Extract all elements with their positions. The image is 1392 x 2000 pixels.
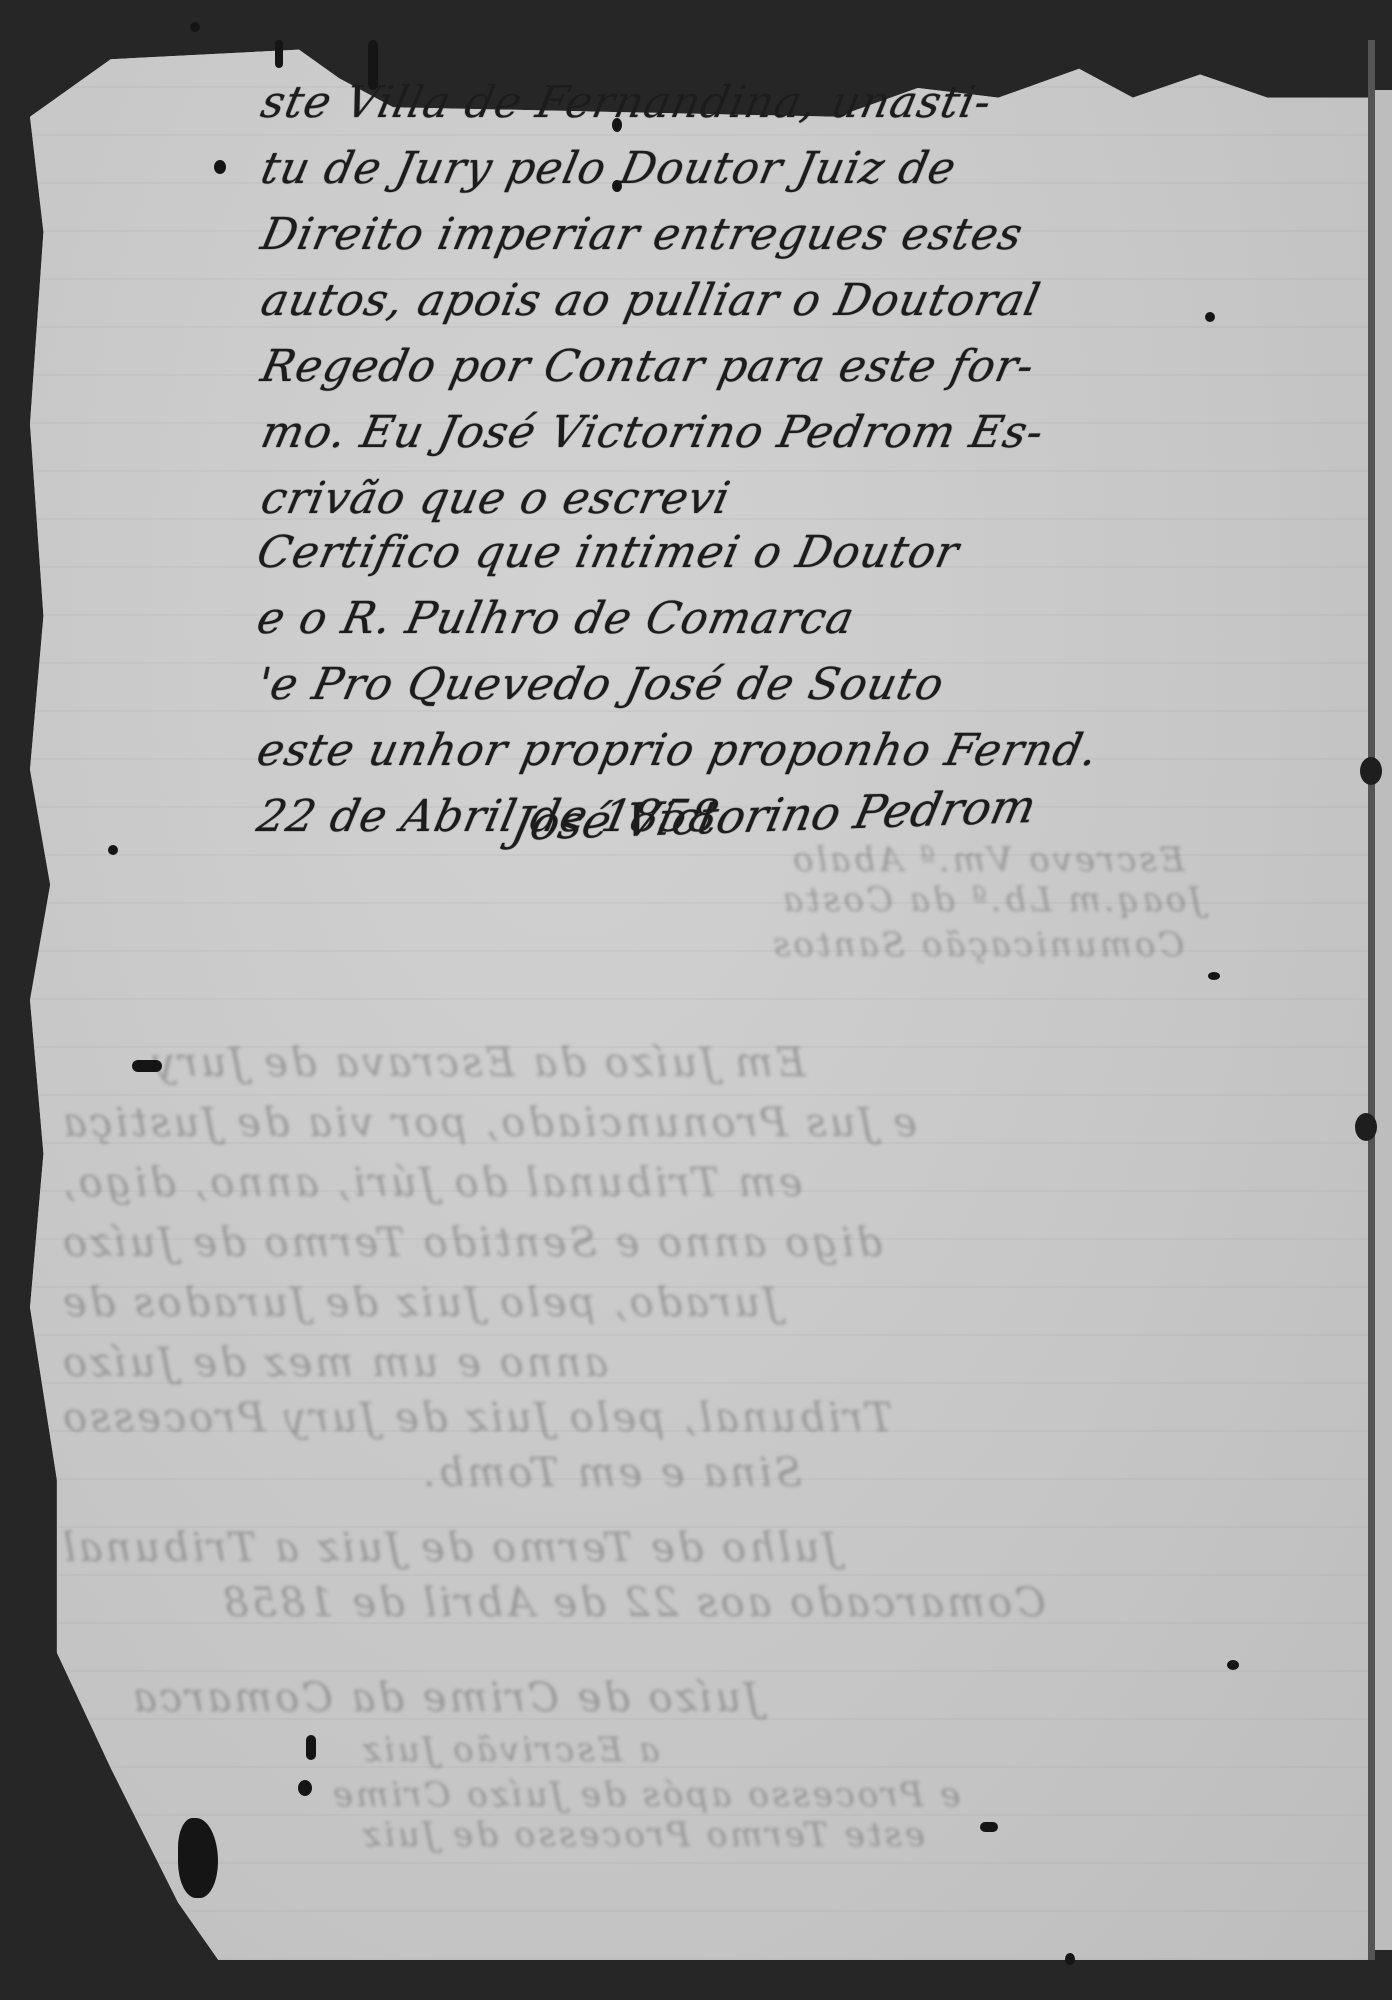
manuscript-line: tu de Jury pelo Doutor Juiz de <box>255 136 1050 202</box>
ink-blot <box>108 845 118 855</box>
manuscript-line: este unhor proprio proponho Fernd. <box>251 718 1105 784</box>
bleed-line: Joaq.m Lb.ª da Costa <box>780 880 1203 920</box>
ink-blot <box>275 40 283 68</box>
manuscript-line: Direito imperiar entregues estes <box>255 202 1050 268</box>
ink-blot <box>368 40 378 90</box>
manuscript-line: e o R. Pulhro de Comarca <box>251 586 1105 652</box>
bleed-line: Juízo de Crime da Comarca <box>130 1675 760 1721</box>
manuscript-line: 'e Pro Quevedo José de Souto <box>251 652 1105 718</box>
bleed-line: Jurado, pelo Juiz de Jurados de <box>60 1280 779 1326</box>
binding-hole <box>1355 1113 1377 1141</box>
manuscript-line: Regedo por Contar para este for- <box>255 334 1050 400</box>
ink-blot <box>1205 312 1215 322</box>
ink-blot <box>214 160 226 174</box>
binding-hole <box>1360 757 1382 785</box>
bleed-line: Tribunal, pelo Juiz de Jury Processo <box>60 1395 893 1441</box>
bleed-line: e Processo após de Juízo Crime <box>330 1775 960 1815</box>
manuscript-paragraph-1: ste Villa de Fernandina, unasti- tu de J… <box>262 70 1043 532</box>
manuscript-line: autos, apois ao pulliar o Doutoral <box>255 268 1050 334</box>
page-fold-edge <box>1368 40 1375 1960</box>
adjacent-page-strip <box>1375 90 1392 1950</box>
ink-blot <box>980 1822 998 1832</box>
bleed-line: este Termo Processo de Juiz <box>360 1815 925 1855</box>
ink-blot <box>132 1060 162 1072</box>
bleed-line: Julho de Termo de Juiz a Tribunal <box>60 1525 839 1571</box>
manuscript-line: mo. Eu José Victorino Pedrom Es- <box>255 400 1050 466</box>
bleed-line: anno e um mez de Juízo <box>60 1340 608 1386</box>
ink-blot <box>298 1780 312 1796</box>
manuscript-line: Certifico que intimei o Doutor <box>251 520 1105 586</box>
bleed-line: Em Juízo da Escrava de Jury <box>150 1040 805 1086</box>
ink-blot <box>612 180 622 192</box>
bleed-line: Comunicação Santos <box>770 925 1184 965</box>
ink-blot <box>306 1735 316 1760</box>
ink-blot <box>190 22 200 32</box>
bleed-line: a Escrivão Juiz <box>360 1730 660 1770</box>
ink-blot <box>612 118 622 132</box>
bleed-line: Comarcado aos 22 de Abril de 1858 <box>220 1580 1046 1626</box>
ink-blot <box>1227 1660 1239 1670</box>
bleed-line: e Jus Pronunciado, por via de Justiça <box>60 1100 917 1146</box>
bleed-line: em Tribunal do Júri, anno, digo, <box>60 1160 803 1206</box>
bleed-line: Sina e em Tomb. <box>420 1450 802 1496</box>
bleed-line: digo anno e Sentido Termo de Juízo <box>60 1220 882 1266</box>
ink-blot <box>1208 972 1220 980</box>
ink-blot <box>1065 1953 1075 1965</box>
